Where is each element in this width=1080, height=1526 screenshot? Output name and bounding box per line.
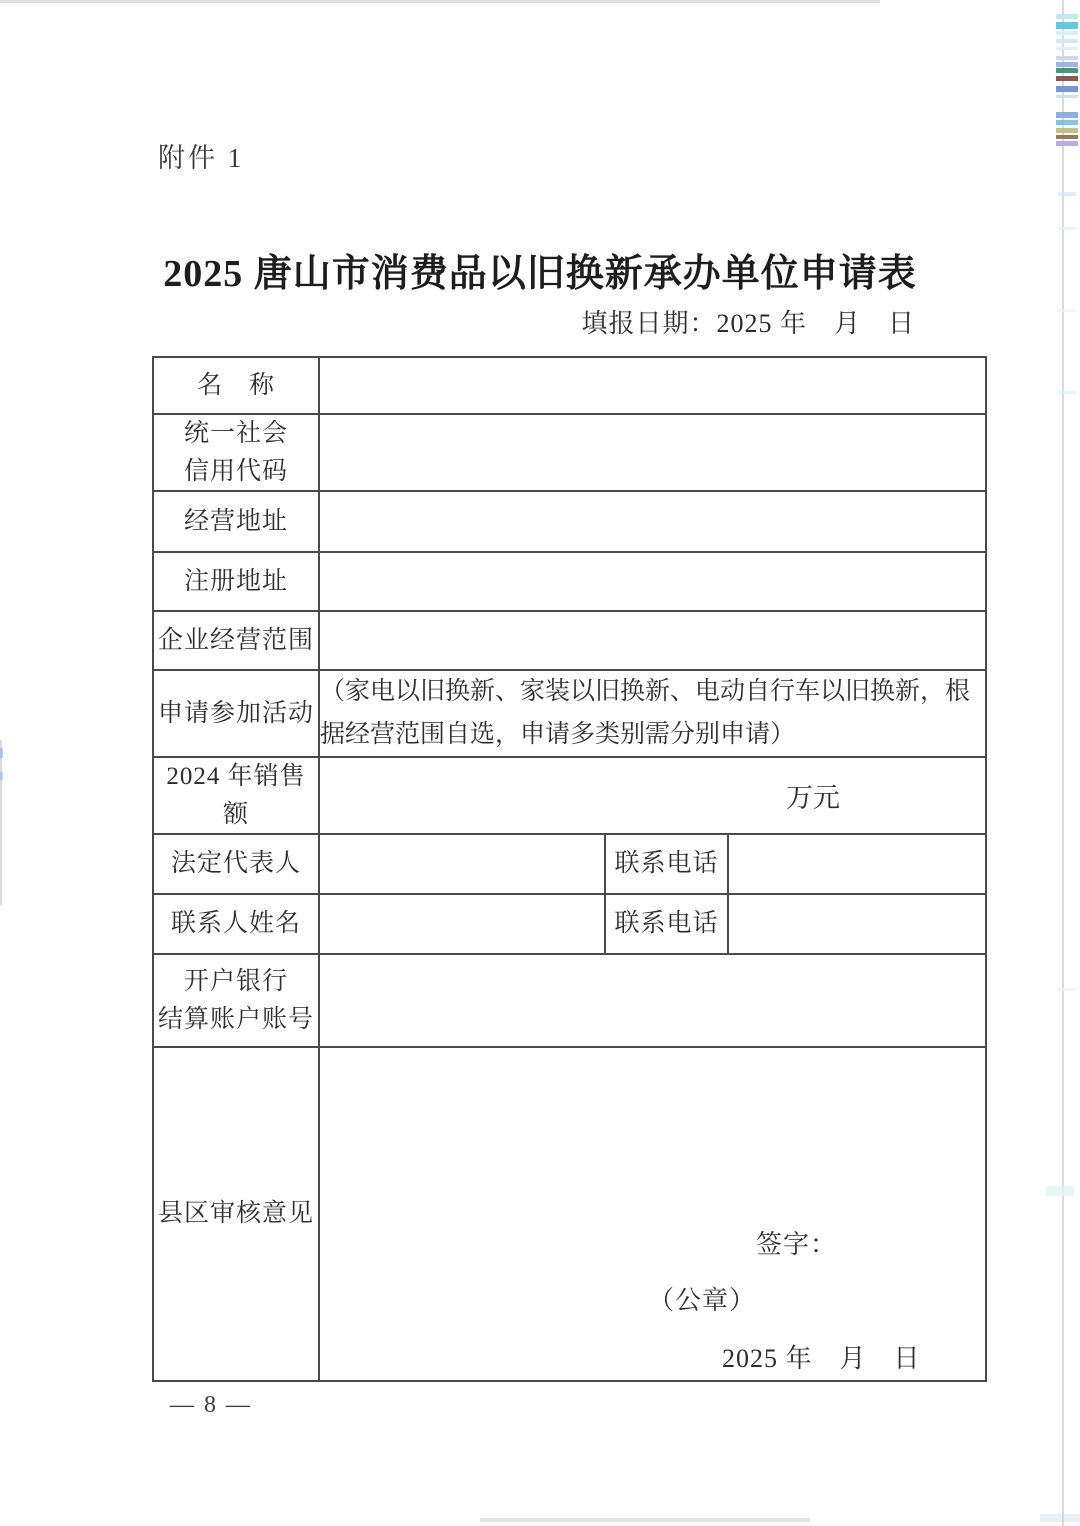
legal-representative-phone-label: 联系电话 xyxy=(605,834,728,894)
document-title: 2025 唐山市消费品以旧换新承办单位申请表 xyxy=(0,242,1080,297)
row-legal-representative: 法定代表人 联系电话 xyxy=(153,834,986,894)
activity-label: 申请参加活动 xyxy=(153,670,319,757)
legal-representative-phone-value-cell xyxy=(728,834,986,894)
row-credit-code: 统一社会 信用代码 xyxy=(153,414,986,491)
row-registered-address: 注册地址 xyxy=(153,552,986,611)
sales-unit-label: 万元 xyxy=(786,776,840,815)
county-review-label: 县区审核意见 xyxy=(153,1047,319,1381)
filing-date-line: 填报日期：2025 年 月 日 xyxy=(581,303,915,340)
name-label: 名 称 xyxy=(153,357,319,414)
sales-2024-value-cell: 万元 xyxy=(319,757,986,834)
scan-artifact-mark xyxy=(0,0,880,3)
credit-code-label: 统一社会 信用代码 xyxy=(153,414,319,491)
page-number: — 8 — xyxy=(170,1392,252,1419)
credit-code-label-line1: 统一社会 xyxy=(154,415,318,453)
scan-artifact-mark xyxy=(1058,309,1076,312)
business-address-label: 经营地址 xyxy=(153,491,319,552)
scan-artifact-mark xyxy=(1056,141,1078,146)
scan-artifact-mark xyxy=(1056,95,1078,98)
contact-person-phone-label: 联系电话 xyxy=(605,894,728,954)
attachment-label: 附件 1 xyxy=(158,136,244,175)
row-activity: 申请参加活动 （家电以旧换新、家装以旧换新、电动自行车以旧换新，根据经营范围自选… xyxy=(153,670,986,757)
row-name: 名 称 xyxy=(153,357,986,414)
signature-label: 签字： xyxy=(756,1224,837,1261)
scan-artifact-mark xyxy=(1040,1514,1080,1522)
scan-artifact-mark xyxy=(1058,988,1076,991)
scan-artifact-mark xyxy=(0,740,2,905)
registered-address-value-cell xyxy=(319,552,986,611)
scan-artifact-mark xyxy=(1056,112,1078,118)
scan-artifact-mark xyxy=(480,1518,810,1522)
scan-artifact-mark xyxy=(1056,56,1078,60)
official-seal-label: （公章） xyxy=(648,1280,756,1317)
bank-account-value-cell xyxy=(319,954,986,1047)
scan-artifact-mark xyxy=(1056,39,1078,43)
row-business-address: 经营地址 xyxy=(153,491,986,552)
scan-artifact-mark xyxy=(1062,0,1064,1526)
legal-representative-label: 法定代表人 xyxy=(153,834,319,894)
bank-account-label: 开户银行 结算账户账号 xyxy=(153,954,319,1047)
scan-artifact-mark xyxy=(1056,22,1078,29)
contact-person-label: 联系人姓名 xyxy=(153,894,319,954)
row-county-review: 县区审核意见 签字： （公章） 2025 年 月 日 xyxy=(153,1047,986,1381)
scan-artifact-mark xyxy=(1058,192,1076,196)
scan-artifact-mark xyxy=(1056,47,1078,50)
activity-note-cell: （家电以旧换新、家装以旧换新、电动自行车以旧换新，根据经营范围自选，申请多类别需… xyxy=(319,670,986,757)
application-form-table: 名 称 统一社会 信用代码 经营地址 注册地址 企业经营范围 xyxy=(152,356,987,1382)
row-sales-2024: 2024 年销售额 万元 xyxy=(153,757,986,834)
scan-artifact-mark xyxy=(0,772,3,780)
business-scope-label: 企业经营范围 xyxy=(153,611,319,670)
row-contact-person: 联系人姓名 联系电话 xyxy=(153,894,986,954)
bank-account-label-line1: 开户银行 xyxy=(154,963,318,1001)
scan-artifact-mark xyxy=(1056,14,1078,19)
legal-representative-value-cell xyxy=(319,834,605,894)
scan-artifact-mark xyxy=(1056,31,1078,35)
scan-artifact-mark xyxy=(1056,62,1078,67)
sales-2024-label: 2024 年销售额 xyxy=(153,757,319,834)
scan-artifact-mark xyxy=(1058,391,1076,394)
review-date-label: 2025 年 月 日 xyxy=(722,1338,921,1375)
contact-person-phone-value-cell xyxy=(728,894,986,954)
credit-code-label-line2: 信用代码 xyxy=(154,453,318,491)
row-bank-account: 开户银行 结算账户账号 xyxy=(153,954,986,1047)
scan-artifact-mark xyxy=(1046,1186,1074,1196)
scan-artifact-mark xyxy=(1056,135,1078,139)
scan-artifact-mark xyxy=(1056,68,1078,73)
scan-artifact-mark xyxy=(1056,128,1078,133)
scanned-document-page: 附件 1 2025 唐山市消费品以旧换新承办单位申请表 填报日期：2025 年 … xyxy=(0,0,1080,1526)
credit-code-value-cell xyxy=(319,414,986,491)
scan-artifact-mark xyxy=(0,748,3,758)
registered-address-label: 注册地址 xyxy=(153,552,319,611)
bank-account-label-line2: 结算账户账号 xyxy=(154,1001,318,1039)
scan-artifact-mark xyxy=(1056,120,1078,125)
row-business-scope: 企业经营范围 xyxy=(153,611,986,670)
county-review-value-cell: 签字： （公章） 2025 年 月 日 xyxy=(319,1047,986,1381)
scan-artifact-mark xyxy=(1056,76,1078,81)
business-address-value-cell xyxy=(319,491,986,552)
business-scope-value-cell xyxy=(319,611,986,670)
scan-artifact-mark xyxy=(1058,227,1076,230)
contact-person-value-cell xyxy=(319,894,605,954)
scan-artifact-mark xyxy=(1056,86,1078,92)
name-value-cell xyxy=(319,357,986,414)
